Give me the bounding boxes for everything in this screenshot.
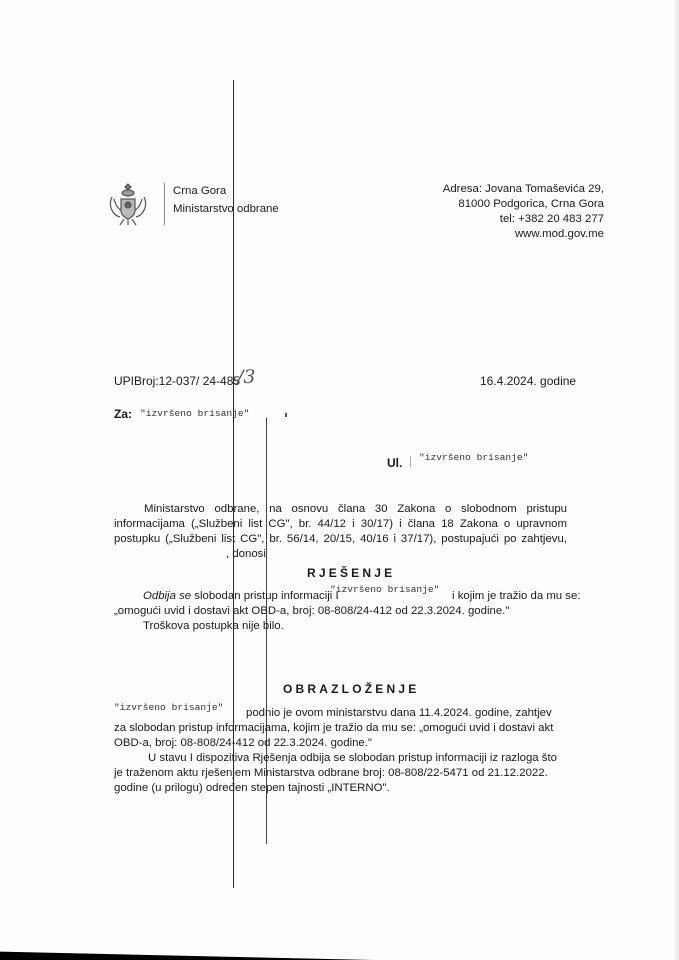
decision-redacted: "izvršeno brisanje" xyxy=(330,584,439,595)
address-line: Adresa: Jovana Tomaševića 29, xyxy=(443,182,604,197)
decision-text: slobodan pristup informaciji I xyxy=(191,590,339,602)
reasoning-line-4: U stavu I dispozitiva Rješenja odbija se… xyxy=(148,751,557,765)
address-block: Adresa: Jovana Tomaševića 29, 81000 Podg… xyxy=(443,182,604,242)
address-city: 81000 Podgorica, Crna Gora xyxy=(443,197,604,212)
intro-line: informacijama („Službeni list CG", br. 4… xyxy=(114,517,567,532)
intro-paragraph: Ministarstvo odbrane, na osnovu člana 30… xyxy=(114,502,567,562)
intro-line: postupku („Službeni list CG", br. 56/14,… xyxy=(114,532,567,547)
reasoning-line-3: OBD-a, broj: 08-808/24-412 od 22.3.2024.… xyxy=(114,736,372,750)
handwritten-suffix: /3 xyxy=(237,366,256,388)
decision-line-2: „omogući uvid i dostavi akt OBD-a, broj:… xyxy=(114,604,509,618)
address-phone: tel: +382 20 483 277 xyxy=(443,212,604,227)
reasoning-redacted: "izvršeno brisanje" xyxy=(114,702,223,713)
ul-label: Ul. xyxy=(387,456,402,470)
decision-tail: i kojim je tražio da mu se: xyxy=(452,589,581,603)
country-name: Crna Gora xyxy=(173,184,226,198)
za-redacted: "izvršeno brisanje" xyxy=(140,408,249,419)
reasoning-line-5: je traženom aktu rješenjem Ministarstva … xyxy=(114,766,548,780)
decision-heading: RJEŠENJE xyxy=(307,566,395,580)
document-page: Crna Gora Ministarstvo odbrane Adresa: J… xyxy=(0,0,679,960)
reasoning-heading: OBRAZLOŽENJE xyxy=(283,682,419,696)
reference-number: UPIBroj:12-037/ 24-485 xyxy=(114,374,240,388)
intro-line: , donosi xyxy=(114,547,567,562)
reasoning-line-2: za slobodan pristup informacijama, kojim… xyxy=(114,721,553,735)
coat-of-arms-icon xyxy=(106,181,150,227)
za-label: Za: xyxy=(114,407,132,421)
scan-edge-shadow xyxy=(673,0,679,960)
intro-line: Ministarstvo odbrane, na osnovu člana 30… xyxy=(114,502,567,517)
letterhead-divider xyxy=(164,183,165,225)
document-date: 16.4.2024. godine xyxy=(480,374,576,388)
reasoning-line-6: godine (u prilogu) određen stepen tajnos… xyxy=(114,781,390,795)
decision-line-1: Odbija se slobodan pristup informaciji I xyxy=(143,589,339,603)
ul-redacted: "izvršeno brisanje" xyxy=(419,452,528,463)
decision-italic: Odbija se xyxy=(143,590,191,602)
ministry-name: Ministarstvo odbrane xyxy=(173,202,279,216)
scan-bottom-shadow xyxy=(0,946,679,960)
decision-line-3: Troškova postupka nije bilo. xyxy=(143,619,284,633)
scan-speck xyxy=(285,413,287,417)
address-website[interactable]: www.mod.gov.me xyxy=(443,227,604,242)
ul-separator xyxy=(410,456,411,467)
reasoning-line-1: podnio je ovom ministarstvu dana 11.4.20… xyxy=(246,706,552,720)
